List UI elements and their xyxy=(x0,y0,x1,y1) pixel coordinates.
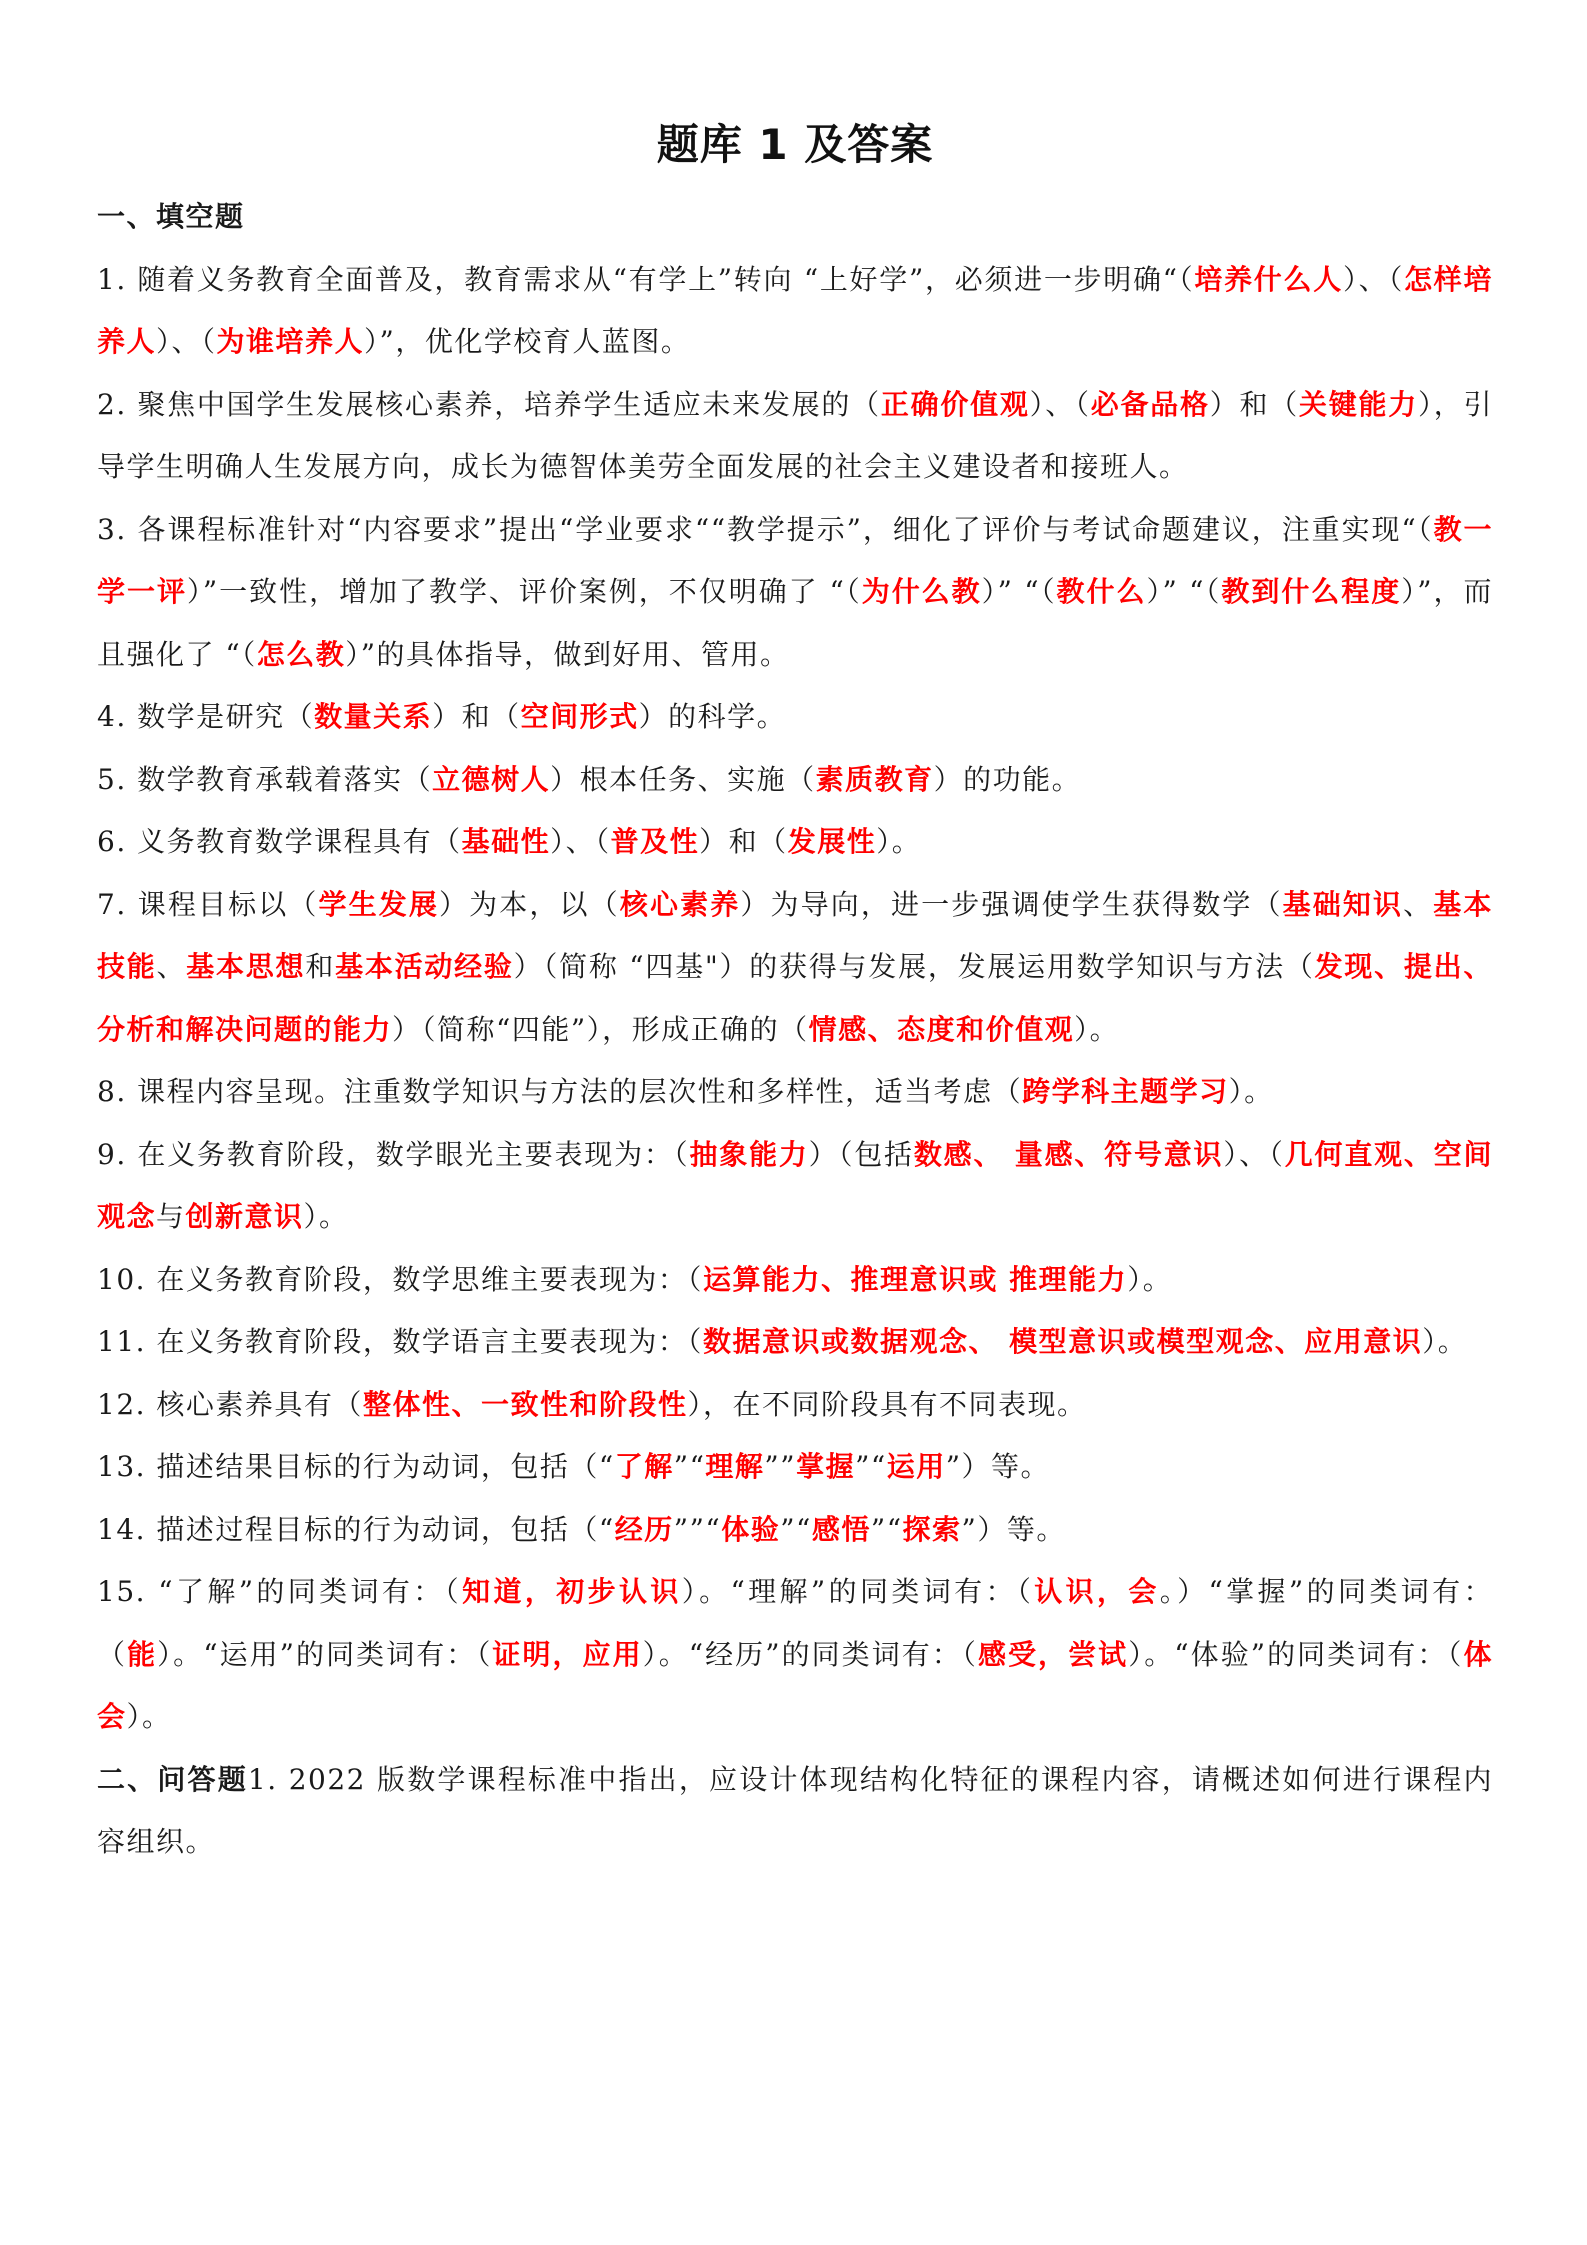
question-text: ）（简称“四能”），形成正确的（ xyxy=(392,1013,809,1046)
question-text: 6. 义务教育数学课程具有（ xyxy=(97,825,462,858)
question-text: ）。 xyxy=(1127,1263,1172,1296)
question-text: 和 xyxy=(305,950,335,983)
question-text: ）。 xyxy=(1422,1325,1467,1358)
qa-question-1: 1. 2022 版数学课程标准中指出，应设计体现结构化特征的课程内容，请概述如何… xyxy=(97,1763,1493,1859)
question-text: ”）等。 xyxy=(946,1450,1050,1483)
answer-text: 关键能力 xyxy=(1299,388,1418,421)
question-text: 12. 核心素养具有（ xyxy=(97,1388,363,1421)
answer-text: 情感、态度和价值观 xyxy=(809,1013,1075,1046)
question-text: 3. 各课程标准针对“内容要求”提出“学业要求““教学提示”，细化了评价与考试命… xyxy=(97,513,1434,546)
question-text: ）根本任务、实施（ xyxy=(550,763,816,796)
question-text: 7. 课程目标以（ xyxy=(97,888,319,921)
answer-text: 能 xyxy=(127,1638,157,1671)
answer-text: 认识，会 xyxy=(1034,1575,1160,1608)
question-text: ）、（ xyxy=(1223,1138,1284,1171)
question-text: ）、（ xyxy=(156,325,217,358)
question-text: 4. 数学是研究（ xyxy=(97,700,314,733)
question-list: 1. 随着义务教育全面普及，教育需求从“有学上”转向 “上好学”，必须进一步明确… xyxy=(97,249,1493,1749)
fill-in-question: 10. 在义务教育阶段，数学思维主要表现为：（运算能力、推理意识或 推理能力）。 xyxy=(97,1249,1493,1312)
fill-in-question: 8. 课程内容呈现。注重数学知识与方法的层次性和多样性，适当考虑（跨学科主题学习… xyxy=(97,1061,1493,1124)
answer-text: 理解 xyxy=(705,1450,764,1483)
section-heading-qa: 二、问答题 xyxy=(97,1763,248,1796)
answer-text: 跨学科主题学习 xyxy=(1022,1075,1229,1108)
question-text: ）” “（ xyxy=(1146,575,1221,608)
question-text: ）、（ xyxy=(1343,263,1404,296)
answer-text: 空间形式 xyxy=(521,700,639,733)
question-text: 、 xyxy=(1403,888,1433,921)
document-title: 题库 1 及答案 xyxy=(97,112,1493,172)
question-text: ）为导向，进一步强调使学生获得数学（ xyxy=(740,888,1282,921)
question-text: ）（包括 xyxy=(809,1138,914,1171)
fill-in-question: 4. 数学是研究（数量关系）和（空间形式）的科学。 xyxy=(97,686,1493,749)
question-text: ””“ xyxy=(674,1513,721,1546)
question-text: 9. 在义务教育阶段，数学眼光主要表现为：（ xyxy=(97,1138,689,1171)
question-text: ）。“理解”的同类词有：（ xyxy=(682,1575,1035,1608)
answer-text: 数感、 量感、符号意识 xyxy=(914,1138,1223,1171)
answer-text: 了解 xyxy=(615,1450,674,1483)
answer-text: 证明，应用 xyxy=(492,1638,642,1671)
question-text: ）”一致性，增加了教学、评价案例，不仅明确了 “（ xyxy=(187,575,862,608)
question-text: 13. 描述结果目标的行为动词，包括（“ xyxy=(97,1450,615,1483)
fill-in-question: 9. 在义务教育阶段，数学眼光主要表现为：（抽象能力）（包括数感、 量感、符号意… xyxy=(97,1124,1493,1249)
question-text: ）和（ xyxy=(699,825,788,858)
question-text: ）和（ xyxy=(432,700,521,733)
question-text: ）的功能。 xyxy=(934,763,1082,796)
question-text: ），在不同阶段具有不同表现。 xyxy=(687,1388,1086,1421)
question-text: 15. “了解”的同类词有：（ xyxy=(97,1575,462,1608)
answer-text: 正确价值观 xyxy=(881,388,1030,421)
question-text: ）。 xyxy=(1229,1075,1274,1108)
answer-text: 素质教育 xyxy=(816,763,934,796)
answer-text: 普及性 xyxy=(611,825,700,858)
answer-text: 基本活动经验 xyxy=(335,950,514,983)
question-text: 8. 课程内容呈现。注重数学知识与方法的层次性和多样性，适当考虑（ xyxy=(97,1075,1022,1108)
question-text: 、 xyxy=(157,950,187,983)
answer-text: 知道，初步认识 xyxy=(462,1575,682,1608)
question-text: ）、（ xyxy=(1030,388,1091,421)
question-text: ）的科学。 xyxy=(639,700,787,733)
question-text: ）（简称 “四基"）的获得与发展，发展运用数学知识与方法（ xyxy=(514,950,1315,983)
answer-text: 为什么教 xyxy=(862,575,982,608)
answer-text: 立德树人 xyxy=(432,763,550,796)
answer-text: 感悟 xyxy=(812,1513,871,1546)
question-text: ）”，优化学校育人蓝图。 xyxy=(364,325,690,358)
question-text: 1. 随着义务教育全面普及，教育需求从“有学上”转向 “上好学”，必须进一步明确… xyxy=(97,263,1194,296)
answer-text: 运算能力、推理意识或 推理能力 xyxy=(703,1263,1127,1296)
answer-text: 培养什么人 xyxy=(1194,263,1343,296)
question-text: ）。 xyxy=(304,1200,349,1233)
answer-text: 感受，尝试 xyxy=(978,1638,1128,1671)
question-text: ）。 xyxy=(876,825,921,858)
document-body: 一、填空题 1. 随着义务教育全面普及，教育需求从“有学上”转向 “上好学”，必… xyxy=(97,186,1493,1874)
question-text: 2. 聚焦中国学生发展核心素养，培养学生适应未来发展的（ xyxy=(97,388,881,421)
answer-text: 为谁培养人 xyxy=(217,325,365,358)
answer-text: 基础性 xyxy=(462,825,551,858)
answer-text: 数量关系 xyxy=(314,700,432,733)
question-text: ”“ xyxy=(674,1450,706,1483)
question-text: ”“ xyxy=(871,1513,903,1546)
question-text: ”” xyxy=(764,1450,796,1483)
question-text: ）” “（ xyxy=(982,575,1057,608)
question-text: ）、（ xyxy=(550,825,611,858)
answer-text: 数据意识或数据观念、 模型意识或模型观念、应用意识 xyxy=(703,1325,1422,1358)
fill-in-question: 1. 随着义务教育全面普及，教育需求从“有学上”转向 “上好学”，必须进一步明确… xyxy=(97,249,1493,374)
answer-text: 掌握 xyxy=(796,1450,855,1483)
answer-text: 学生发展 xyxy=(319,888,440,921)
answer-text: 核心素养 xyxy=(620,888,741,921)
section-qa: 二、问答题1. 2022 版数学课程标准中指出，应设计体现结构化特征的课程内容，… xyxy=(97,1749,1493,1874)
answer-text: 体验 xyxy=(721,1513,780,1546)
fill-in-question: 2. 聚焦中国学生发展核心素养，培养学生适应未来发展的（正确价值观）、（必备品格… xyxy=(97,374,1493,499)
question-text: 5. 数学教育承载着落实（ xyxy=(97,763,432,796)
question-text: ）。“运用”的同类词有：（ xyxy=(157,1638,492,1671)
fill-in-question: 13. 描述结果目标的行为动词，包括（“了解”“理解””掌握”“运用”）等。 xyxy=(97,1436,1493,1499)
question-text: ）。 xyxy=(127,1700,172,1733)
question-text: ）。“经历”的同类词有：（ xyxy=(643,1638,978,1671)
answer-text: 经历 xyxy=(615,1513,674,1546)
question-text: 11. 在义务教育阶段，数学语言主要表现为：（ xyxy=(97,1325,703,1358)
question-text: ）”的具体指导，做到好用、管用。 xyxy=(345,638,789,671)
fill-in-question: 6. 义务教育数学课程具有（基础性）、（普及性）和（发展性）。 xyxy=(97,811,1493,874)
answer-text: 运用 xyxy=(887,1450,946,1483)
fill-in-question: 14. 描述过程目标的行为动词，包括（“经历””“体验”“感悟”“探索”）等。 xyxy=(97,1499,1493,1562)
question-text: 与 xyxy=(156,1200,186,1233)
answer-text: 整体性、一致性和阶段性 xyxy=(363,1388,688,1421)
question-text: ”）等。 xyxy=(962,1513,1066,1546)
fill-in-question: 3. 各课程标准针对“内容要求”提出“学业要求““教学提示”，细化了评价与考试命… xyxy=(97,499,1493,687)
answer-text: 探索 xyxy=(903,1513,962,1546)
fill-in-question: 7. 课程目标以（学生发展）为本，以（核心素养）为导向，进一步强调使学生获得数学… xyxy=(97,874,1493,1062)
fill-in-question: 15. “了解”的同类词有：（知道，初步认识）。“理解”的同类词有：（认识，会。… xyxy=(97,1561,1493,1749)
answer-text: 怎么教 xyxy=(257,638,346,671)
answer-text: 基础知识 xyxy=(1283,888,1404,921)
section-heading-fill-in-blank: 一、填空题 xyxy=(97,186,1493,249)
answer-text: 教什么 xyxy=(1057,575,1147,608)
fill-in-question: 11. 在义务教育阶段，数学语言主要表现为：（数据意识或数据观念、 模型意识或模… xyxy=(97,1311,1493,1374)
fill-in-question: 5. 数学教育承载着落实（立德树人）根本任务、实施（素质教育）的功能。 xyxy=(97,749,1493,812)
question-text: 10. 在义务教育阶段，数学思维主要表现为：（ xyxy=(97,1263,703,1296)
question-text: ）和（ xyxy=(1210,388,1299,421)
answer-text: 教到什么程度 xyxy=(1221,575,1401,608)
answer-text: 抽象能力 xyxy=(689,1138,808,1171)
fill-in-question: 12. 核心素养具有（整体性、一致性和阶段性），在不同阶段具有不同表现。 xyxy=(97,1374,1493,1437)
question-text: ”“ xyxy=(780,1513,812,1546)
answer-text: 发展性 xyxy=(788,825,877,858)
answer-text: 创新意识 xyxy=(186,1200,304,1233)
question-text: ）。“体验”的同类词有：（ xyxy=(1128,1638,1463,1671)
question-text: ”“ xyxy=(855,1450,887,1483)
answer-text: 必备品格 xyxy=(1091,388,1210,421)
question-text: ）为本，以（ xyxy=(439,888,620,921)
question-text: ）。 xyxy=(1074,1013,1119,1046)
answer-text: 基本思想 xyxy=(186,950,305,983)
question-text: 14. 描述过程目标的行为动词，包括（“ xyxy=(97,1513,615,1546)
